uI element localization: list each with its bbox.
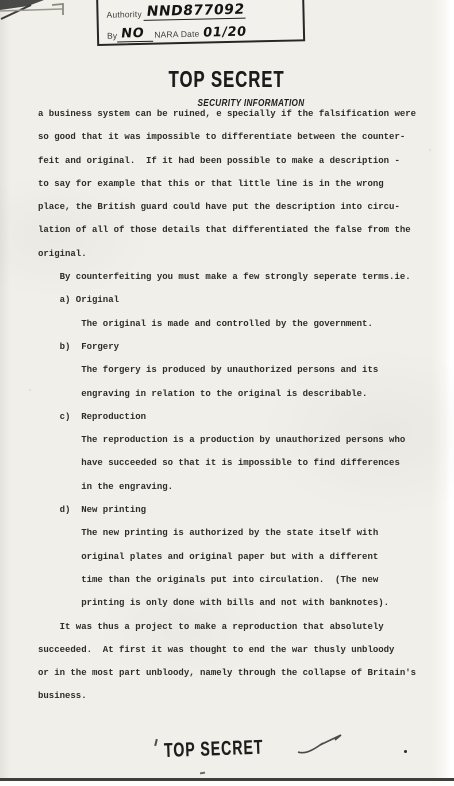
declassification-stamp: Authority NND877092 By NO NARA Date 01/2…	[96, 0, 305, 46]
by-label: By	[107, 31, 118, 43]
corner-tear-artifact	[0, 0, 110, 44]
ink-dot-artifact	[404, 750, 407, 753]
tick-mark-artifact	[154, 739, 158, 746]
top-secret-stamp-top: TOP SECRET	[169, 66, 285, 93]
by-date-row: By NO NARA Date 01/20	[107, 17, 297, 42]
authority-number: NND877092	[144, 3, 248, 21]
header-classification-row: TOP SECRET	[0, 66, 454, 93]
nara-date-label: NARA Date	[154, 29, 200, 42]
scan-page: { "declassification_stamp": { "authority…	[0, 0, 454, 786]
authority-label: Authority	[106, 9, 142, 22]
footer-classification-row: TOP SECRET	[164, 740, 306, 763]
nara-date-value: 01/20	[202, 26, 247, 41]
pen-scribble-artifact	[296, 730, 348, 758]
top-secret-stamp-bottom: TOP SECRET	[164, 737, 264, 763]
document-body-text: a business system can be ruined, e speci…	[38, 103, 416, 709]
page-bottom-margin	[0, 781, 454, 786]
by-initials: NO	[117, 27, 155, 43]
dash-artifact	[200, 772, 205, 774]
